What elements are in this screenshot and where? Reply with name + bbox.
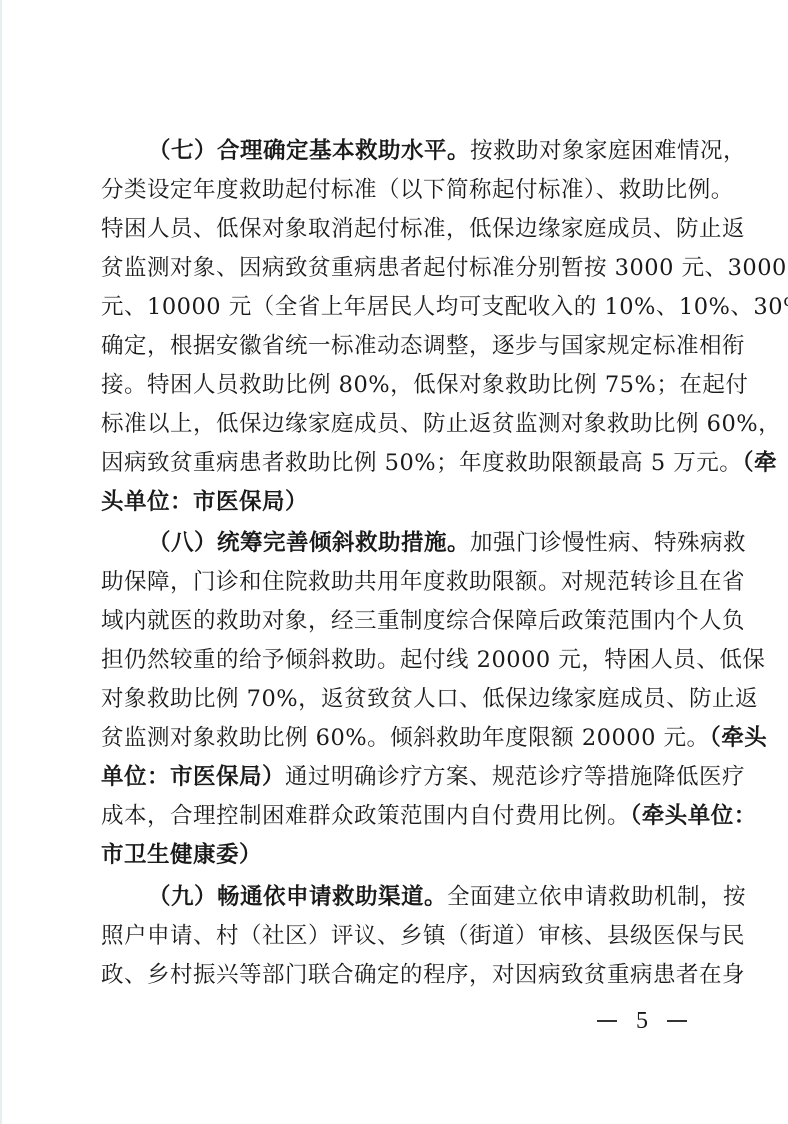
lead-unit-open: （牵头单位： [630, 803, 757, 829]
para-8-line-9: 市卫生健康委） [101, 840, 693, 870]
para-8-line-5: 对象救助比例 70%，返贫致贫人口、低保边缘家庭成员、防止返 [101, 684, 693, 714]
para-8-line-1: （八）统筹完善倾斜救助措施。加强门诊慢性病、特殊病救 [148, 528, 693, 558]
para-7-line-10: 头单位：市医保局） [101, 487, 693, 517]
dash-right [667, 1020, 687, 1022]
page-number: 5 [597, 1006, 687, 1036]
para-8-line-3: 域内就医的救助对象，经三重制度综合保障后政策范围内个人负 [101, 606, 693, 636]
para-8-line-4: 担仍然较重的给予倾斜救助。起付线 20000 元，特困人员、低保 [101, 645, 693, 675]
lead-unit: 单位：市医保局） [101, 764, 285, 790]
para-7-line-1: （七）合理确定基本救助水平。按救助对象家庭困难情况， [148, 136, 693, 166]
lead-unit: 市卫生健康委） [101, 842, 262, 868]
para-8-line-2: 助保障，门诊和住院救助共用年度救助限额。对规范转诊且在省 [101, 567, 693, 597]
heading-9: （九）畅通依申请救助渠道。 [148, 884, 447, 910]
page-number-value: 5 [636, 1006, 648, 1036]
para-8-line-7: 单位：市医保局）通过明确诊疗方案、规范诊疗等措施降低医疗 [101, 762, 693, 792]
para-7-line-5: 元、10000 元（全省上年居民人均可支配收入的 10%、10%、30%） [101, 292, 693, 322]
para-7-line-7: 接。特困人员救助比例 80%，低保对象救助比例 75%；在起付 [101, 370, 693, 400]
para-8-line-6: 贫监测对象救助比例 60%。倾斜救助年度限额 20000 元。（牵头 [101, 723, 693, 753]
para-7-line-4: 贫监测对象、因病致贫重病患者起付标准分别暂按 3000 元、3000 [101, 253, 693, 283]
heading-8: （八）统筹完善倾斜救助措施。 [148, 530, 470, 556]
dash-left [597, 1020, 617, 1022]
para-8-line-8: 成本，合理控制困难群众政策范围内自付费用比例。（牵头单位： [101, 801, 693, 831]
lead-unit: 头单位：市医保局） [101, 489, 308, 515]
lead-unit-open: （牵头 [710, 725, 768, 751]
para-7-line-8: 标准以上，低保边缘家庭成员、防止返贫监测对象救助比例 60%， [101, 409, 693, 439]
para-9-line-2: 照户申请、村（社区）评议、乡镇（街道）审核、县级医保与民 [101, 921, 693, 951]
para-7-line-6: 确定，根据安徽省统一标准动态调整，逐步与国家规定标准相衔 [101, 331, 693, 361]
lead-unit-open: （牵 [742, 450, 777, 476]
document-page: （七）合理确定基本救助水平。按救助对象家庭困难情况， 分类设定年度救助起付标准（… [0, 0, 788, 1124]
heading-7: （七）合理确定基本救助水平。 [148, 138, 470, 164]
para-7-line-2: 分类设定年度救助起付标准（以下简称起付标准）、救助比例。 [101, 175, 693, 205]
para-9-line-1: （九）畅通依申请救助渠道。全面建立依申请救助机制，按 [148, 882, 693, 912]
para-7-line-3: 特困人员、低保对象取消起付标准，低保边缘家庭成员、防止返 [101, 214, 693, 244]
scan-edge [0, 0, 2, 1124]
para-9-line-3: 政、乡村振兴等部门联合确定的程序，对因病致贫重病患者在身 [101, 960, 693, 990]
para-7-line-9: 因病致贫重病患者救助比例 50%；年度救助限额最高 5 万元。（牵 [101, 448, 693, 478]
